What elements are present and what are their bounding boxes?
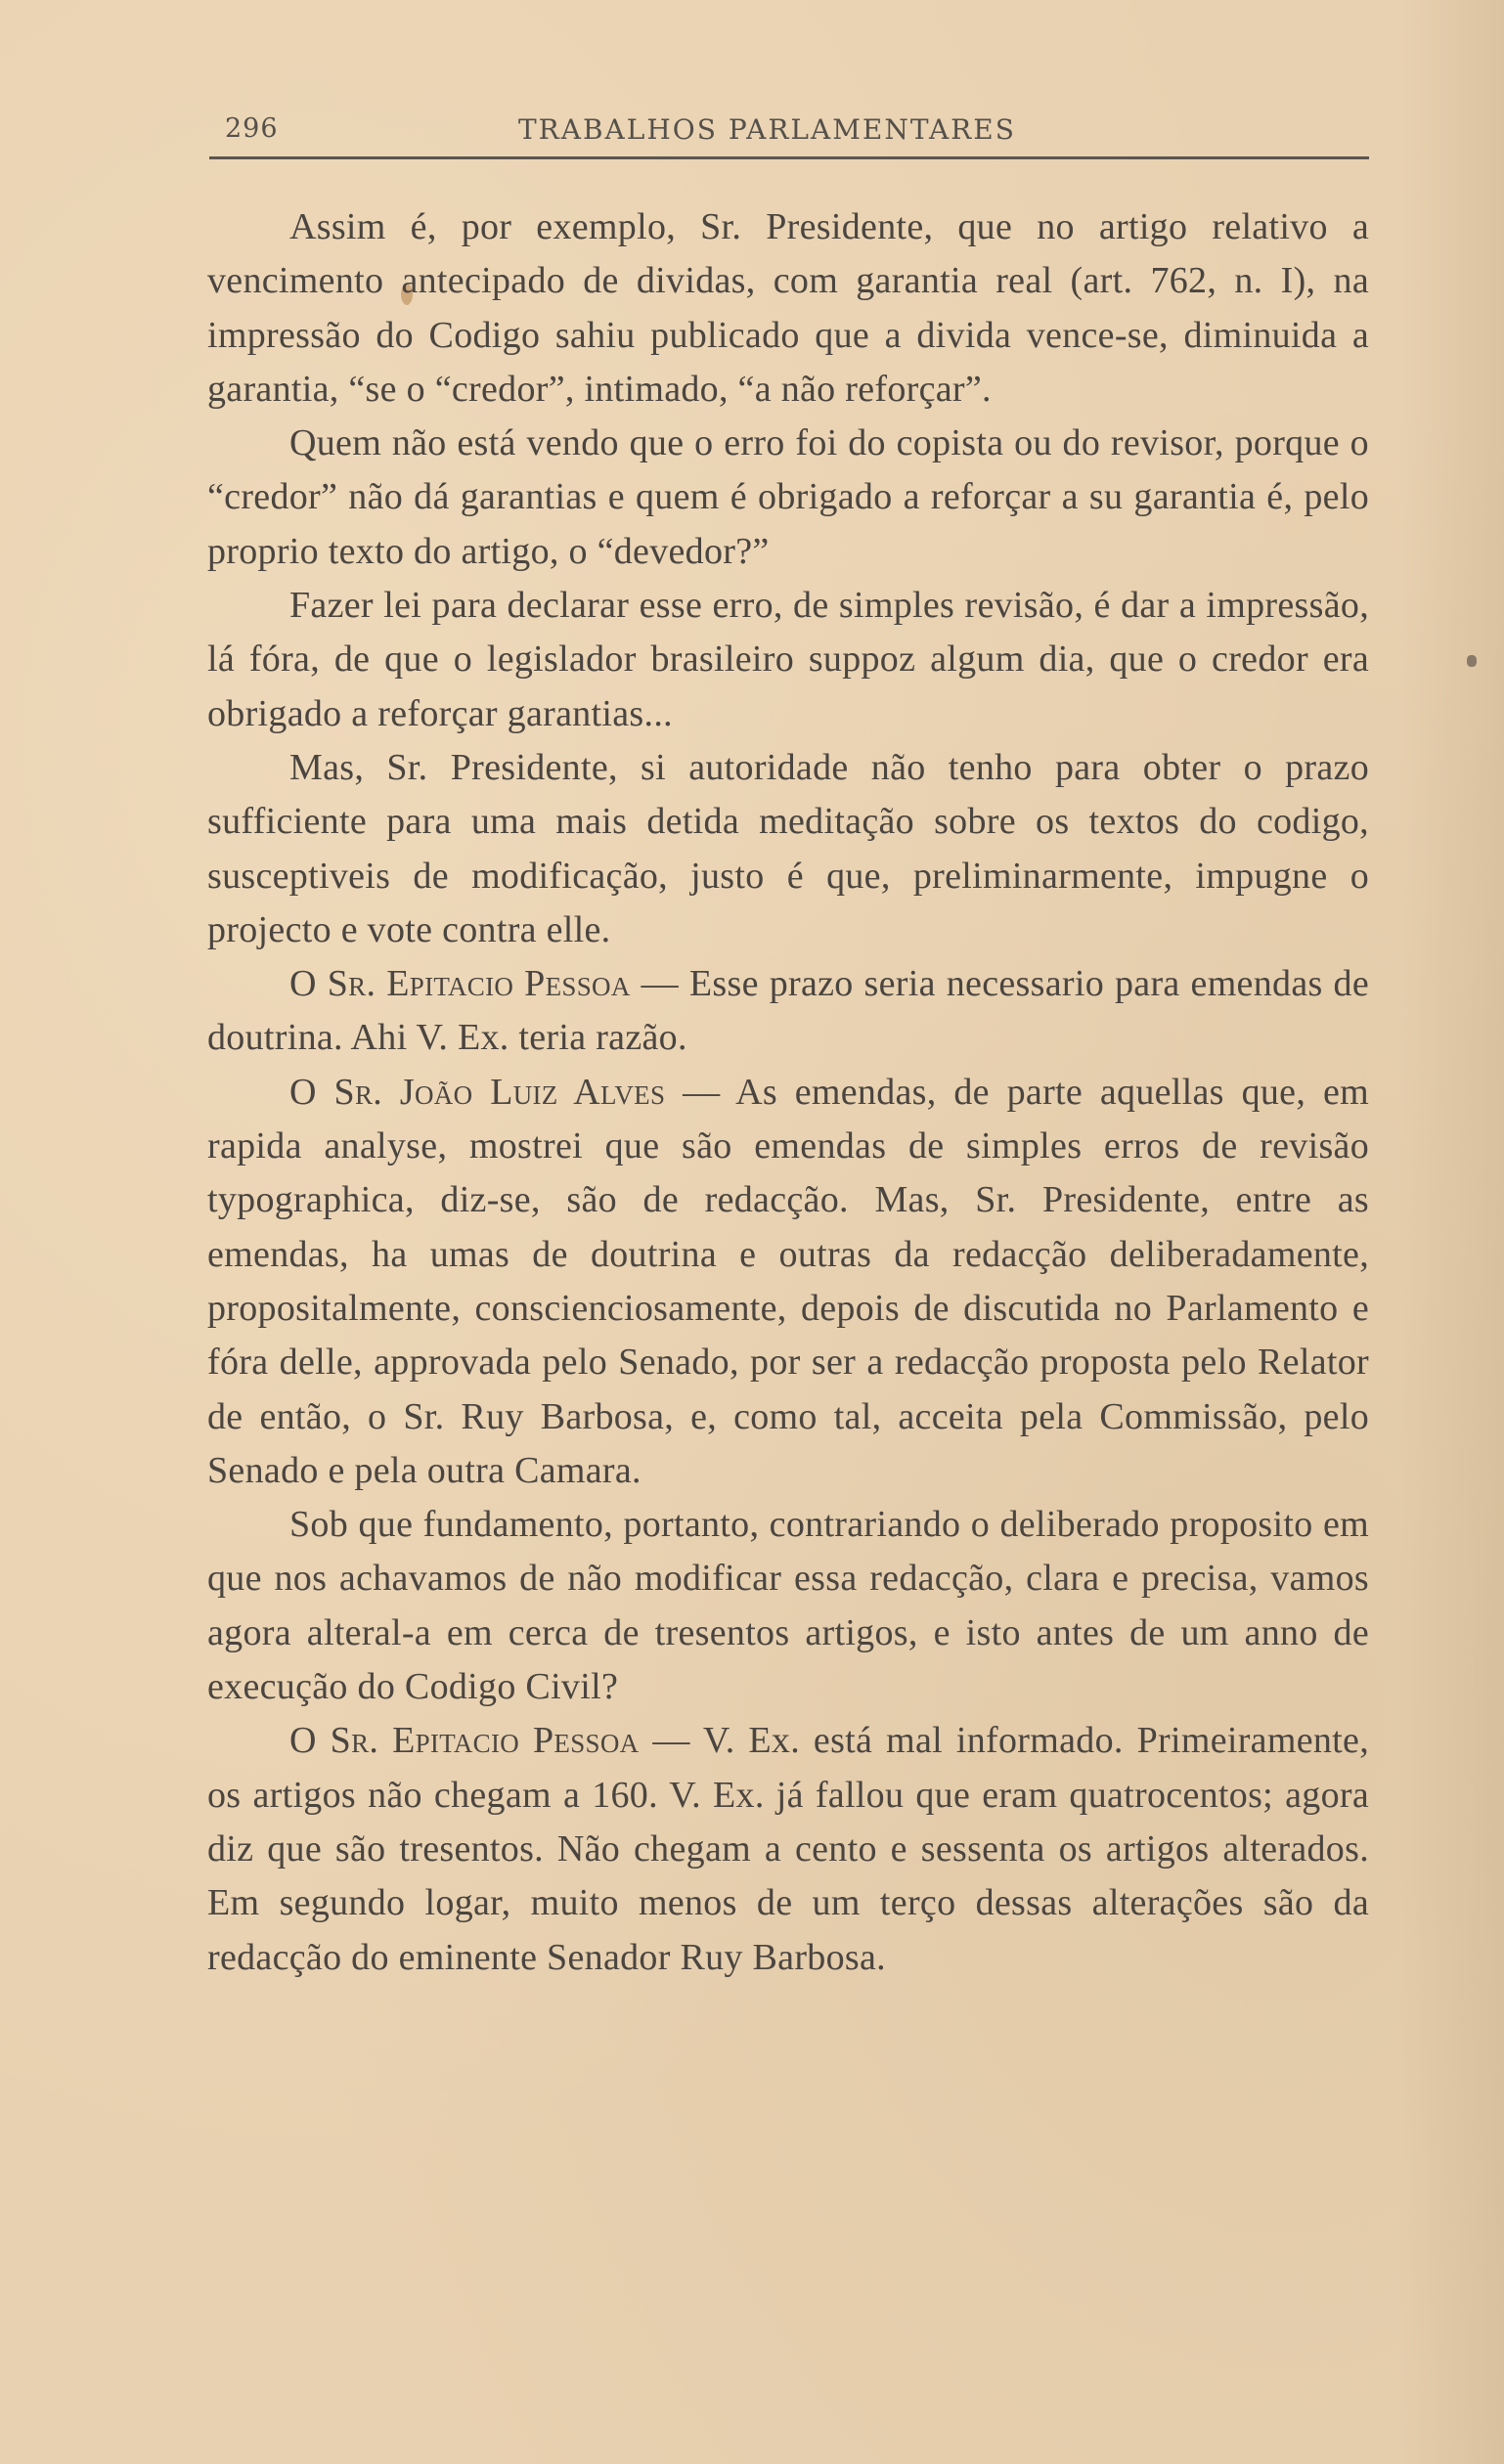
speech-paragraph: O Sr. Epitacio Pessoa — V. Ex. está mal … [207, 1714, 1369, 1984]
body-text: Assim é, por exemplo, Sr. Presidente, qu… [207, 200, 1369, 1985]
paragraph-text: Quem não está vendo que o erro foi do co… [207, 422, 1369, 572]
speaker-name: João Luiz Alves [400, 1072, 665, 1113]
paragraph-text: Mas, Sr. Presidente, si autoridade não t… [207, 747, 1369, 950]
running-title: TRABALHOS PARLAMENTARES [518, 113, 1016, 146]
paragraph-text: Fazer lei para declarar esse erro, de si… [207, 585, 1369, 734]
em-dash: — [639, 1720, 702, 1761]
speaker-prefix: O Sr. [289, 1720, 378, 1761]
header-rule [209, 156, 1369, 159]
paragraph: Assim é, por exemplo, Sr. Presidente, qu… [207, 200, 1369, 417]
speech-text: Esse prazo seria necessario para emendas… [207, 963, 1369, 1058]
paragraph-text: Assim é, por exemplo, Sr. Presidente, qu… [207, 206, 1369, 410]
paragraph: Quem não está vendo que o erro foi do co… [207, 417, 1369, 579]
speaker-prefix: O Sr. [289, 1072, 382, 1113]
speech-paragraph: O Sr. João Luiz Alves — As emendas, de p… [207, 1066, 1369, 1498]
speaker-name: Epitacio Pessoa [386, 963, 630, 1004]
speech-text: V. Ex. está mal informado. Primeiramente… [207, 1720, 1369, 1977]
speech-text: As emendas, de parte aquellas que, em ra… [207, 1072, 1369, 1491]
paragraph: Fazer lei para declarar esse erro, de si… [207, 579, 1369, 741]
running-head: 296 TRABALHOS PARLAMENTARES [207, 108, 1369, 147]
paragraph: Sob que fundamento, portanto, contrarian… [207, 1498, 1369, 1714]
speaker-prefix: O Sr. [289, 963, 376, 1004]
page-number: 296 [225, 113, 279, 144]
margin-ink-mark [1467, 655, 1477, 667]
paragraph-text: Sob que fundamento, portanto, contrarian… [207, 1504, 1369, 1707]
em-dash: — [665, 1072, 735, 1113]
em-dash: — [631, 963, 689, 1004]
paragraph: Mas, Sr. Presidente, si autoridade não t… [207, 741, 1369, 957]
speaker-name: Epitacio Pessoa [392, 1720, 639, 1761]
speech-paragraph: O Sr. Epitacio Pessoa — Esse prazo seria… [207, 957, 1369, 1066]
